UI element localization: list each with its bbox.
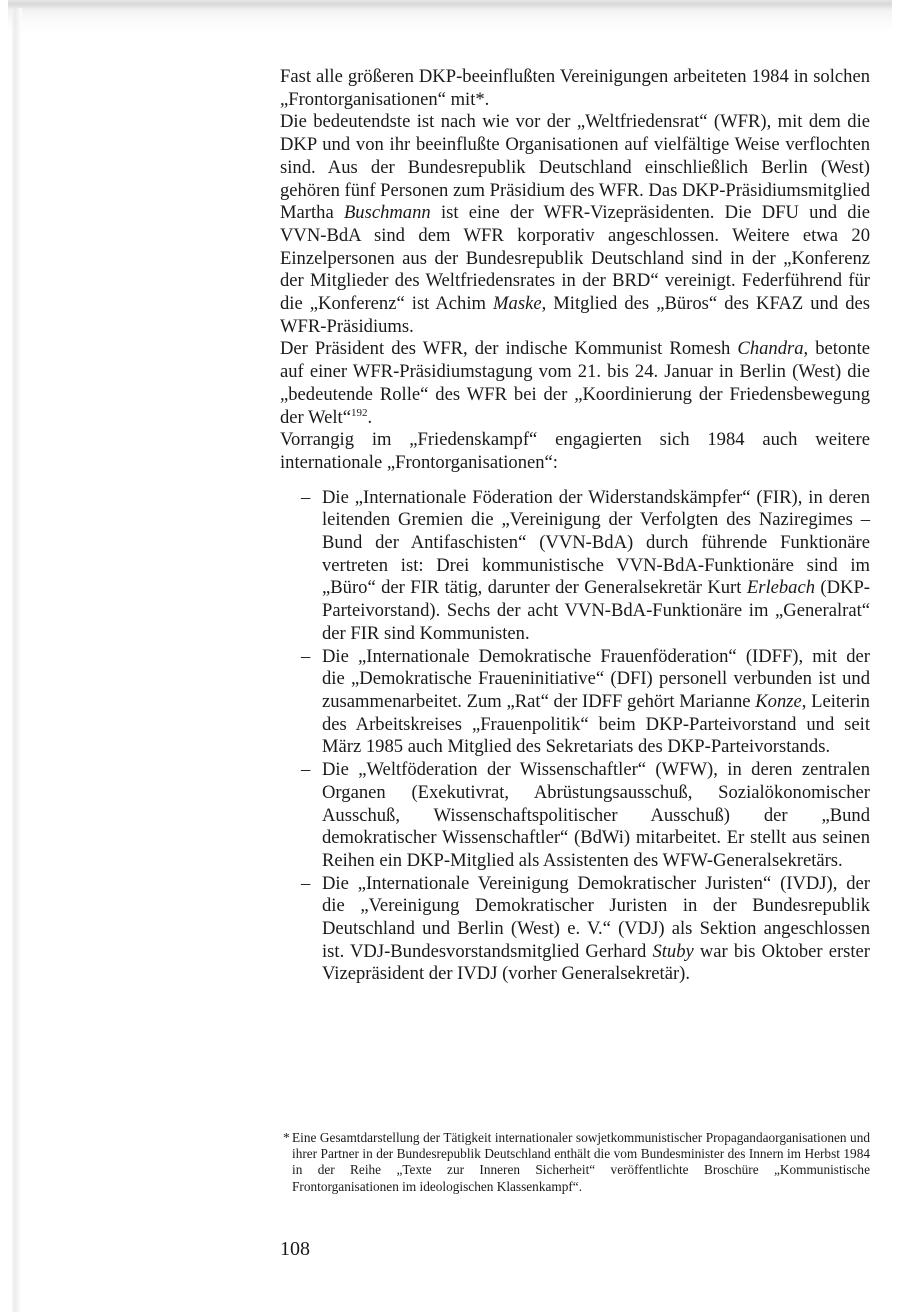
person-name: Buschmann — [344, 202, 431, 223]
text-run: . — [367, 407, 372, 428]
list-item-text: Die „Internationale Demokratische Frauen… — [322, 646, 870, 758]
text-run: Fast alle größeren DKP-beeinflußten Vere… — [280, 66, 870, 110]
paragraph: Fast alle größeren DKP-beeinflußten Vere… — [280, 66, 870, 111]
paragraph: Vorrangig im „Friedenskampf“ engagierten… — [280, 429, 870, 474]
scan-edge-top — [8, 0, 892, 34]
text-run: Die „Weltföderation der Wissenschaftler“… — [322, 759, 870, 871]
dash-bullet-icon: – — [301, 873, 310, 896]
paragraph: Der Präsident des WFR, der indische Komm… — [280, 338, 870, 429]
list-item-text: Die „Internationale Föderation der Wider… — [322, 487, 870, 644]
page-body: Fast alle größeren DKP-beeinflußten Vere… — [280, 66, 870, 986]
main-text: Fast alle größeren DKP-beeinflußten Vere… — [280, 66, 870, 986]
dash-bullet-icon: – — [301, 646, 310, 669]
list-item: – Die „Weltföderation der Wissenschaftle… — [280, 759, 870, 873]
page-number: 108 — [280, 1237, 310, 1261]
person-name: Maske — [493, 293, 542, 314]
list-item: – Die „Internationale Föderation der Wid… — [280, 487, 870, 646]
person-name: Konze — [755, 691, 801, 712]
footnote-asterisk-icon: * — [283, 1130, 290, 1146]
person-name: Stuby — [652, 941, 693, 962]
list-item: – Die „Internationale Vereinigung Demokr… — [280, 873, 870, 987]
footnote-text: Eine Gesamtdarstellung der Tätigkeit int… — [292, 1130, 870, 1194]
dash-bullet-icon: – — [301, 759, 310, 782]
front-organisations-list: – Die „Internationale Föderation der Wid… — [280, 487, 870, 986]
text-run: Der Präsident des WFR, der indische Komm… — [280, 338, 737, 359]
paragraph: Die bedeutendste ist nach wie vor der „W… — [280, 111, 870, 338]
scan-edge-left — [12, 8, 22, 1312]
person-name: Chandra — [737, 338, 803, 359]
list-item-text: Die „Weltföderation der Wissenschaftler“… — [322, 759, 870, 871]
person-name: Erlebach — [747, 577, 815, 598]
footnote-reference: 192 — [351, 406, 368, 418]
footnote: * Eine Gesamtdarstellung der Tätigkeit i… — [280, 1130, 870, 1195]
list-item-text: Die „Internationale Vereinigung Demokrat… — [322, 873, 870, 985]
dash-bullet-icon: – — [301, 487, 310, 510]
text-run: Vorrangig im „Friedenskampf“ engagierten… — [280, 429, 870, 473]
list-item: – Die „Internationale Demokratische Frau… — [280, 646, 870, 760]
